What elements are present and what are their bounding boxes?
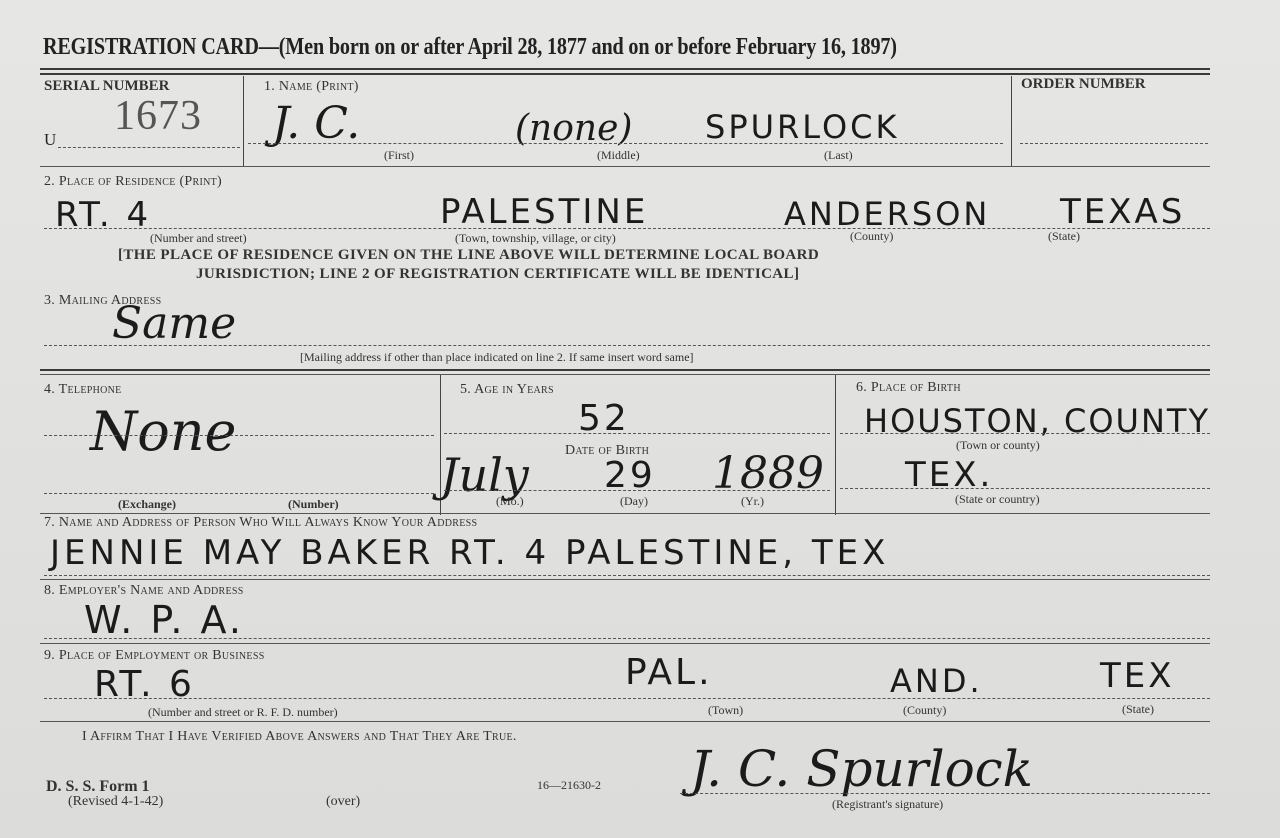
name-last-caption: (Last)	[824, 148, 853, 163]
telephone-number-caption: (Number)	[288, 497, 339, 512]
divider	[835, 375, 836, 515]
employer-label: 8. Employer's Name and Address	[44, 583, 244, 599]
residence-state-caption: (State)	[1048, 229, 1080, 244]
residence-street-caption: (Number and street)	[150, 231, 247, 246]
rule	[40, 721, 1210, 722]
name-label: 1. Name (Print)	[264, 79, 359, 95]
card-title: REGISTRATION CARD—(Men born on or after …	[43, 34, 897, 61]
residence-notice-line2: JURISDICTION; LINE 2 OF REGISTRATION CER…	[196, 266, 799, 283]
contact-label: 7. Name and Address of Person Who Will A…	[44, 515, 477, 531]
name-first[interactable]: J. C.	[272, 98, 360, 149]
residence-label: 2. Place of Residence (Print)	[44, 174, 222, 190]
telephone-exchange-caption: (Exchange)	[118, 497, 176, 512]
rule	[40, 369, 1210, 371]
signature-caption: (Registrant's signature)	[832, 797, 943, 812]
rule	[40, 166, 1210, 167]
birthplace-town-line	[840, 433, 1210, 434]
registration-card: REGISTRATION CARD—(Men born on or after …	[0, 0, 1280, 838]
employment-state[interactable]: TEX	[1100, 656, 1175, 696]
dob-year-caption: (Yr.)	[741, 494, 764, 509]
dob-year[interactable]: 1889	[712, 448, 824, 499]
name-middle-caption: (Middle)	[597, 148, 640, 163]
contact-line	[44, 575, 1210, 576]
contact-value[interactable]: JENNIE MAY BAKER RT. 4 PALESTINE, TEX	[50, 533, 889, 573]
rule	[40, 579, 1210, 580]
employment-state-caption: (State)	[1122, 702, 1154, 717]
telephone-line	[44, 435, 434, 436]
form-revised: (Revised 4-1-42)	[68, 794, 163, 810]
employment-street-caption: (Number and street or R. F. D. number)	[148, 705, 338, 720]
employer-value[interactable]: W. P. A.	[84, 598, 244, 642]
employment-label: 9. Place of Employment or Business	[44, 648, 265, 664]
affirmation-text: I Affirm That I Have Verified Above Answ…	[82, 729, 517, 745]
mailing-address-line	[44, 345, 1210, 346]
name-line	[248, 143, 1003, 144]
order-number-label: ORDER NUMBER	[1021, 76, 1146, 93]
age-line	[444, 433, 830, 434]
rule	[40, 68, 1210, 70]
rule	[40, 73, 1210, 75]
employment-county[interactable]: AND.	[890, 662, 983, 700]
print-code: 16—21630-2	[537, 778, 601, 793]
employer-line	[44, 638, 1210, 639]
employment-town[interactable]: PAL.	[625, 652, 713, 693]
name-last[interactable]: SPURLOCK	[705, 108, 899, 146]
telephone-label: 4. Telephone	[44, 382, 122, 398]
telephone-line-2	[44, 493, 434, 494]
employment-county-caption: (County)	[903, 703, 946, 718]
residence-town-caption: (Town, township, village, or city)	[455, 231, 616, 246]
rule	[40, 513, 1210, 514]
dob-day-caption: (Day)	[620, 494, 648, 509]
residence-line	[44, 228, 1210, 229]
birthplace-town-caption: (Town or county)	[956, 438, 1040, 453]
dob-line	[444, 490, 830, 491]
order-number-line	[1020, 143, 1208, 144]
over-note: (over)	[326, 794, 360, 810]
birthplace-town[interactable]: HOUSTON, COUNTY	[864, 402, 1210, 440]
registrant-signature[interactable]: J. C. Spurlock	[690, 740, 1033, 798]
rule	[40, 643, 1210, 644]
name-first-caption: (First)	[384, 148, 414, 163]
birthplace-state-caption: (State or country)	[955, 492, 1040, 507]
mailing-address-caption: [Mailing address if other than place ind…	[300, 350, 694, 365]
mailing-address-value[interactable]: Same	[112, 298, 236, 349]
age-label: 5. Age in Years	[460, 382, 554, 398]
divider	[243, 76, 244, 166]
residence-county-caption: (County)	[850, 229, 893, 244]
rule	[40, 374, 1210, 375]
dob-month-caption: (Mo.)	[496, 494, 524, 509]
place-of-birth-label: 6. Place of Birth	[856, 380, 961, 396]
residence-street[interactable]: RT. 4	[55, 195, 151, 235]
serial-prefix: U	[44, 130, 56, 150]
employment-town-caption: (Town)	[708, 703, 743, 718]
residence-town[interactable]: PALESTINE	[440, 192, 648, 232]
signature-line	[680, 793, 1210, 794]
divider	[1011, 76, 1012, 166]
employment-line	[44, 698, 1210, 699]
telephone-value[interactable]: None	[90, 400, 237, 463]
residence-notice-line1: [THE PLACE OF RESIDENCE GIVEN ON THE LIN…	[118, 247, 819, 264]
serial-line	[58, 147, 240, 148]
serial-number-value: 1673	[114, 92, 202, 140]
birthplace-state-line	[840, 488, 1210, 489]
residence-state[interactable]: TEXAS	[1060, 192, 1185, 232]
birthplace-state[interactable]: TEX.	[905, 455, 993, 495]
